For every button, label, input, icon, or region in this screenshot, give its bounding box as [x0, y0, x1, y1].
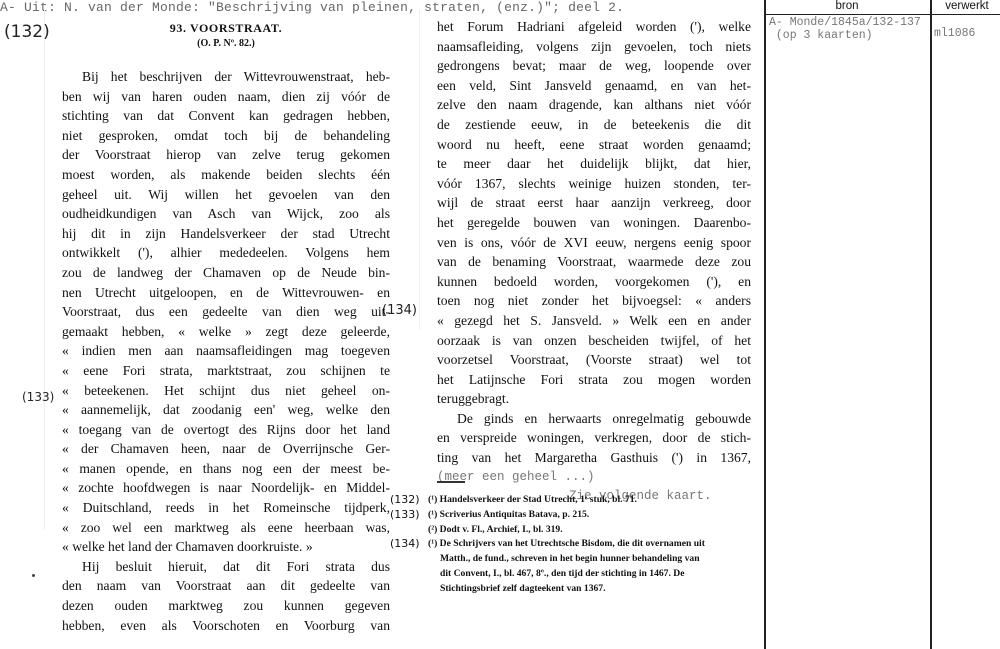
ledger-bron-line-2: (op 3 kaarten) — [769, 30, 873, 43]
text-line: niet gesproken, omdat toch bij de behand… — [62, 126, 390, 146]
text-line: « beteekenen. Het schijnt dus niet gehee… — [62, 381, 390, 401]
article-heading: 93. VOORSTRAAT. (O. P. Nº. 82.) — [62, 20, 390, 52]
text-line: hebben, even als Voorschoten en Voorburg… — [62, 616, 390, 636]
text-line: voorzetsel Voorstraat, (Voorste straat) … — [437, 350, 751, 370]
ledger-left-border — [764, 0, 766, 649]
text-line: De ginds en herwaarts onregelmatig gebou… — [437, 409, 751, 429]
ledger-header-verwerkt: verwerkt — [934, 0, 1000, 12]
text-line: nen Utrecht uitgeloopen, en de Wittevrou… — [62, 283, 390, 303]
card-ledger-table: bron verwerkt A- Monde/1845a/132-137 (op… — [764, 0, 1000, 649]
text-line: dezen ouden marktweg zou kunnen gegeven — [62, 596, 390, 616]
footnote-text: (²) Dodt v. Fl., Archief, I., bl. 319. — [428, 523, 755, 538]
text-line: ven is ons, vóór de XVI eeuw, nergens ee… — [437, 233, 751, 253]
footnote-row: (²) Dodt v. Fl., Archief, I., bl. 319. — [390, 523, 755, 538]
text-line: Hij besluit hieruit, dat dit Fori strata… — [62, 557, 390, 577]
text-line: van de benaming Voorstraat, waarmede dez… — [437, 252, 751, 272]
text-line: stichting van dat Convent kan gedragen h… — [62, 106, 390, 126]
text-line: der Voorstraat hierop van zelve terug ge… — [62, 145, 390, 165]
ledger-bron-line-1: A- Monde/1845a/132-137 — [769, 17, 921, 30]
text-line: en verspreide woningen, verkregen, door … — [437, 428, 751, 448]
text-line: « der Chamaven heen, naar de Overrijnsch… — [62, 439, 390, 459]
text-line: « manen opende, en thans nog een der mee… — [62, 459, 390, 479]
text-line: « indien men aan naamsafleidingen mag to… — [62, 341, 390, 361]
text-line: « Duitschland, reeds in het Romeinsche t… — [62, 498, 390, 518]
text-line: wijl de straat eerst haar aanzijn verkre… — [437, 193, 751, 213]
text-line: « gezegd het S. Jansveld. » Welk een en … — [437, 311, 751, 331]
text-line: het geregelde bouwen van woningen. Daare… — [437, 213, 751, 233]
ledger-header-rule — [764, 14, 1000, 15]
text-line: ontwikkelt ('), alhier mededeelen. Volge… — [62, 243, 390, 263]
middle-text-column: het Forum Hadriani afgeleid worden ('), … — [437, 17, 751, 507]
text-line: geheel uit. Wij willen het gevoelen van … — [62, 185, 390, 205]
text-line: de zestiende eeuw, in de beteekenis die … — [437, 115, 751, 135]
footnote-row: Stichtingsbrief zelf dagteekent van 1367… — [390, 582, 755, 597]
text-line: woord nu heeft, eene straat worden genaa… — [437, 135, 751, 155]
page-fold-shadow — [44, 10, 45, 530]
footnote-text: dit Convent, I., bl. 467, 8º., den tijd … — [440, 567, 755, 582]
footnote-text: (¹) Handelsverkeer der Stad Utrecht, 1ᵉ … — [428, 493, 755, 508]
text-line: « toegang van de overtogt des Rijns door… — [62, 420, 390, 440]
text-line: « zochte hoofdwegen is naar Noordelijk- … — [62, 478, 390, 498]
footnote-row: dit Convent, I., bl. 467, 8º., den tijd … — [390, 567, 755, 582]
text-line: zelve den naam dragende, kan althans nie… — [437, 95, 751, 115]
text-line: ting van het Margaretha Gasthuis (') in … — [437, 448, 751, 468]
ledger-header-bron: bron — [764, 0, 930, 12]
text-line: het Forum Hadriani afgeleid worden ('), … — [437, 17, 751, 37]
text-line: toen nog niet zonder het bijvoegsel: « a… — [437, 291, 751, 311]
margin-note-133: (133) — [22, 390, 54, 404]
document-caption: A- Uit: N. van der Monde: "Beschrijving … — [0, 0, 624, 15]
footnote-margin-tag: (134) — [390, 537, 424, 552]
footnote-text: (¹) De Schrijvers van het Utrechtsche Bi… — [428, 537, 755, 552]
footnotes: (132) (¹) Handelsverkeer der Stad Utrech… — [390, 493, 755, 597]
footnote-text: (¹) Scriverius Antiquitas Batava, p. 215… — [428, 508, 755, 523]
ledger-verwerkt-value: ml1086 — [934, 28, 975, 41]
margin-note-132: (132) — [4, 22, 50, 42]
text-line: teruggebragt. — [437, 389, 751, 409]
text-line: den naam van Voorstraat aan dit gedeelte… — [62, 576, 390, 596]
text-line: « eene Fori strata, marktstraat, zou sch… — [62, 361, 390, 381]
text-line: gedrongens bevat; maar de weg, loopende … — [437, 56, 751, 76]
article-title: 93. VOORSTRAAT. — [62, 20, 390, 36]
text-line: kunnen bedoeld worden, voorgekomen ('), … — [437, 272, 751, 292]
text-line: oorzaak is van onzen bescheiden twijfel,… — [437, 331, 751, 351]
text-line: oudheidkundigen van Asch van Wijck, zoo … — [62, 204, 390, 224]
footnote-row: (133) (¹) Scriverius Antiquitas Batava, … — [390, 508, 755, 523]
left-text-column: Bij het beschrijven der Wittevrouwenstra… — [62, 67, 390, 635]
text-line: naamsafleiding, volgens zijn gevoelen, t… — [437, 37, 751, 57]
stray-mark — [32, 574, 35, 577]
text-line: te meer daar het duidelijk blijkt, dat h… — [437, 154, 751, 174]
ledger-column-divider — [930, 0, 932, 649]
page-fold-shadow — [419, 10, 420, 330]
footnote-separator — [437, 481, 465, 483]
text-line: « zoo wel een marktweg als eene heerbaan… — [62, 518, 390, 538]
text-line: « welke het land der Chamaven doorkruist… — [62, 537, 390, 557]
article-subtitle: (O. P. Nº. 82.) — [62, 36, 390, 52]
text-line: moest worden, als makende beiden slechts… — [62, 165, 390, 185]
text-line: ben wij van haren ouden naam, dien zij v… — [62, 87, 390, 107]
footnote-text: Stichtingsbrief zelf dagteekent van 1367… — [440, 582, 755, 597]
footnote-margin-tag: (132) — [390, 493, 424, 508]
text-line: een veld, Sint Jansveld genaamd, en van … — [437, 76, 751, 96]
text-line: het Latijnsche Fori strata zou mogen wor… — [437, 370, 751, 390]
text-line: « aannemelijk, dat zoodanig een' weg, we… — [62, 400, 390, 420]
footnote-text: Matth., de fund., schreven in het begin … — [440, 552, 755, 567]
footnote-row: (134) (¹) De Schrijvers van het Utrechts… — [390, 537, 755, 552]
text-line: Bij het beschrijven der Wittevrouwenstra… — [62, 67, 390, 87]
text-line: vóór 1367, slechts weinige huizen stonde… — [437, 174, 751, 194]
text-line: zou de landweg der Chamaven op de Neude … — [62, 263, 390, 283]
footnote-row: (132) (¹) Handelsverkeer der Stad Utrech… — [390, 493, 755, 508]
footnote-margin-tag: (133) — [390, 508, 424, 523]
text-line: gemaakt hebben, « welke » zegt deze gele… — [62, 322, 390, 342]
text-line: hij dit in zijn Handelsverkeer der stad … — [62, 224, 390, 244]
typed-continuation-note: (meer een geheel ...) — [437, 468, 751, 488]
footnote-row: Matth., de fund., schreven in het begin … — [390, 552, 755, 567]
text-line: Voorstraat, dus een gedeelte van dien we… — [62, 302, 390, 322]
